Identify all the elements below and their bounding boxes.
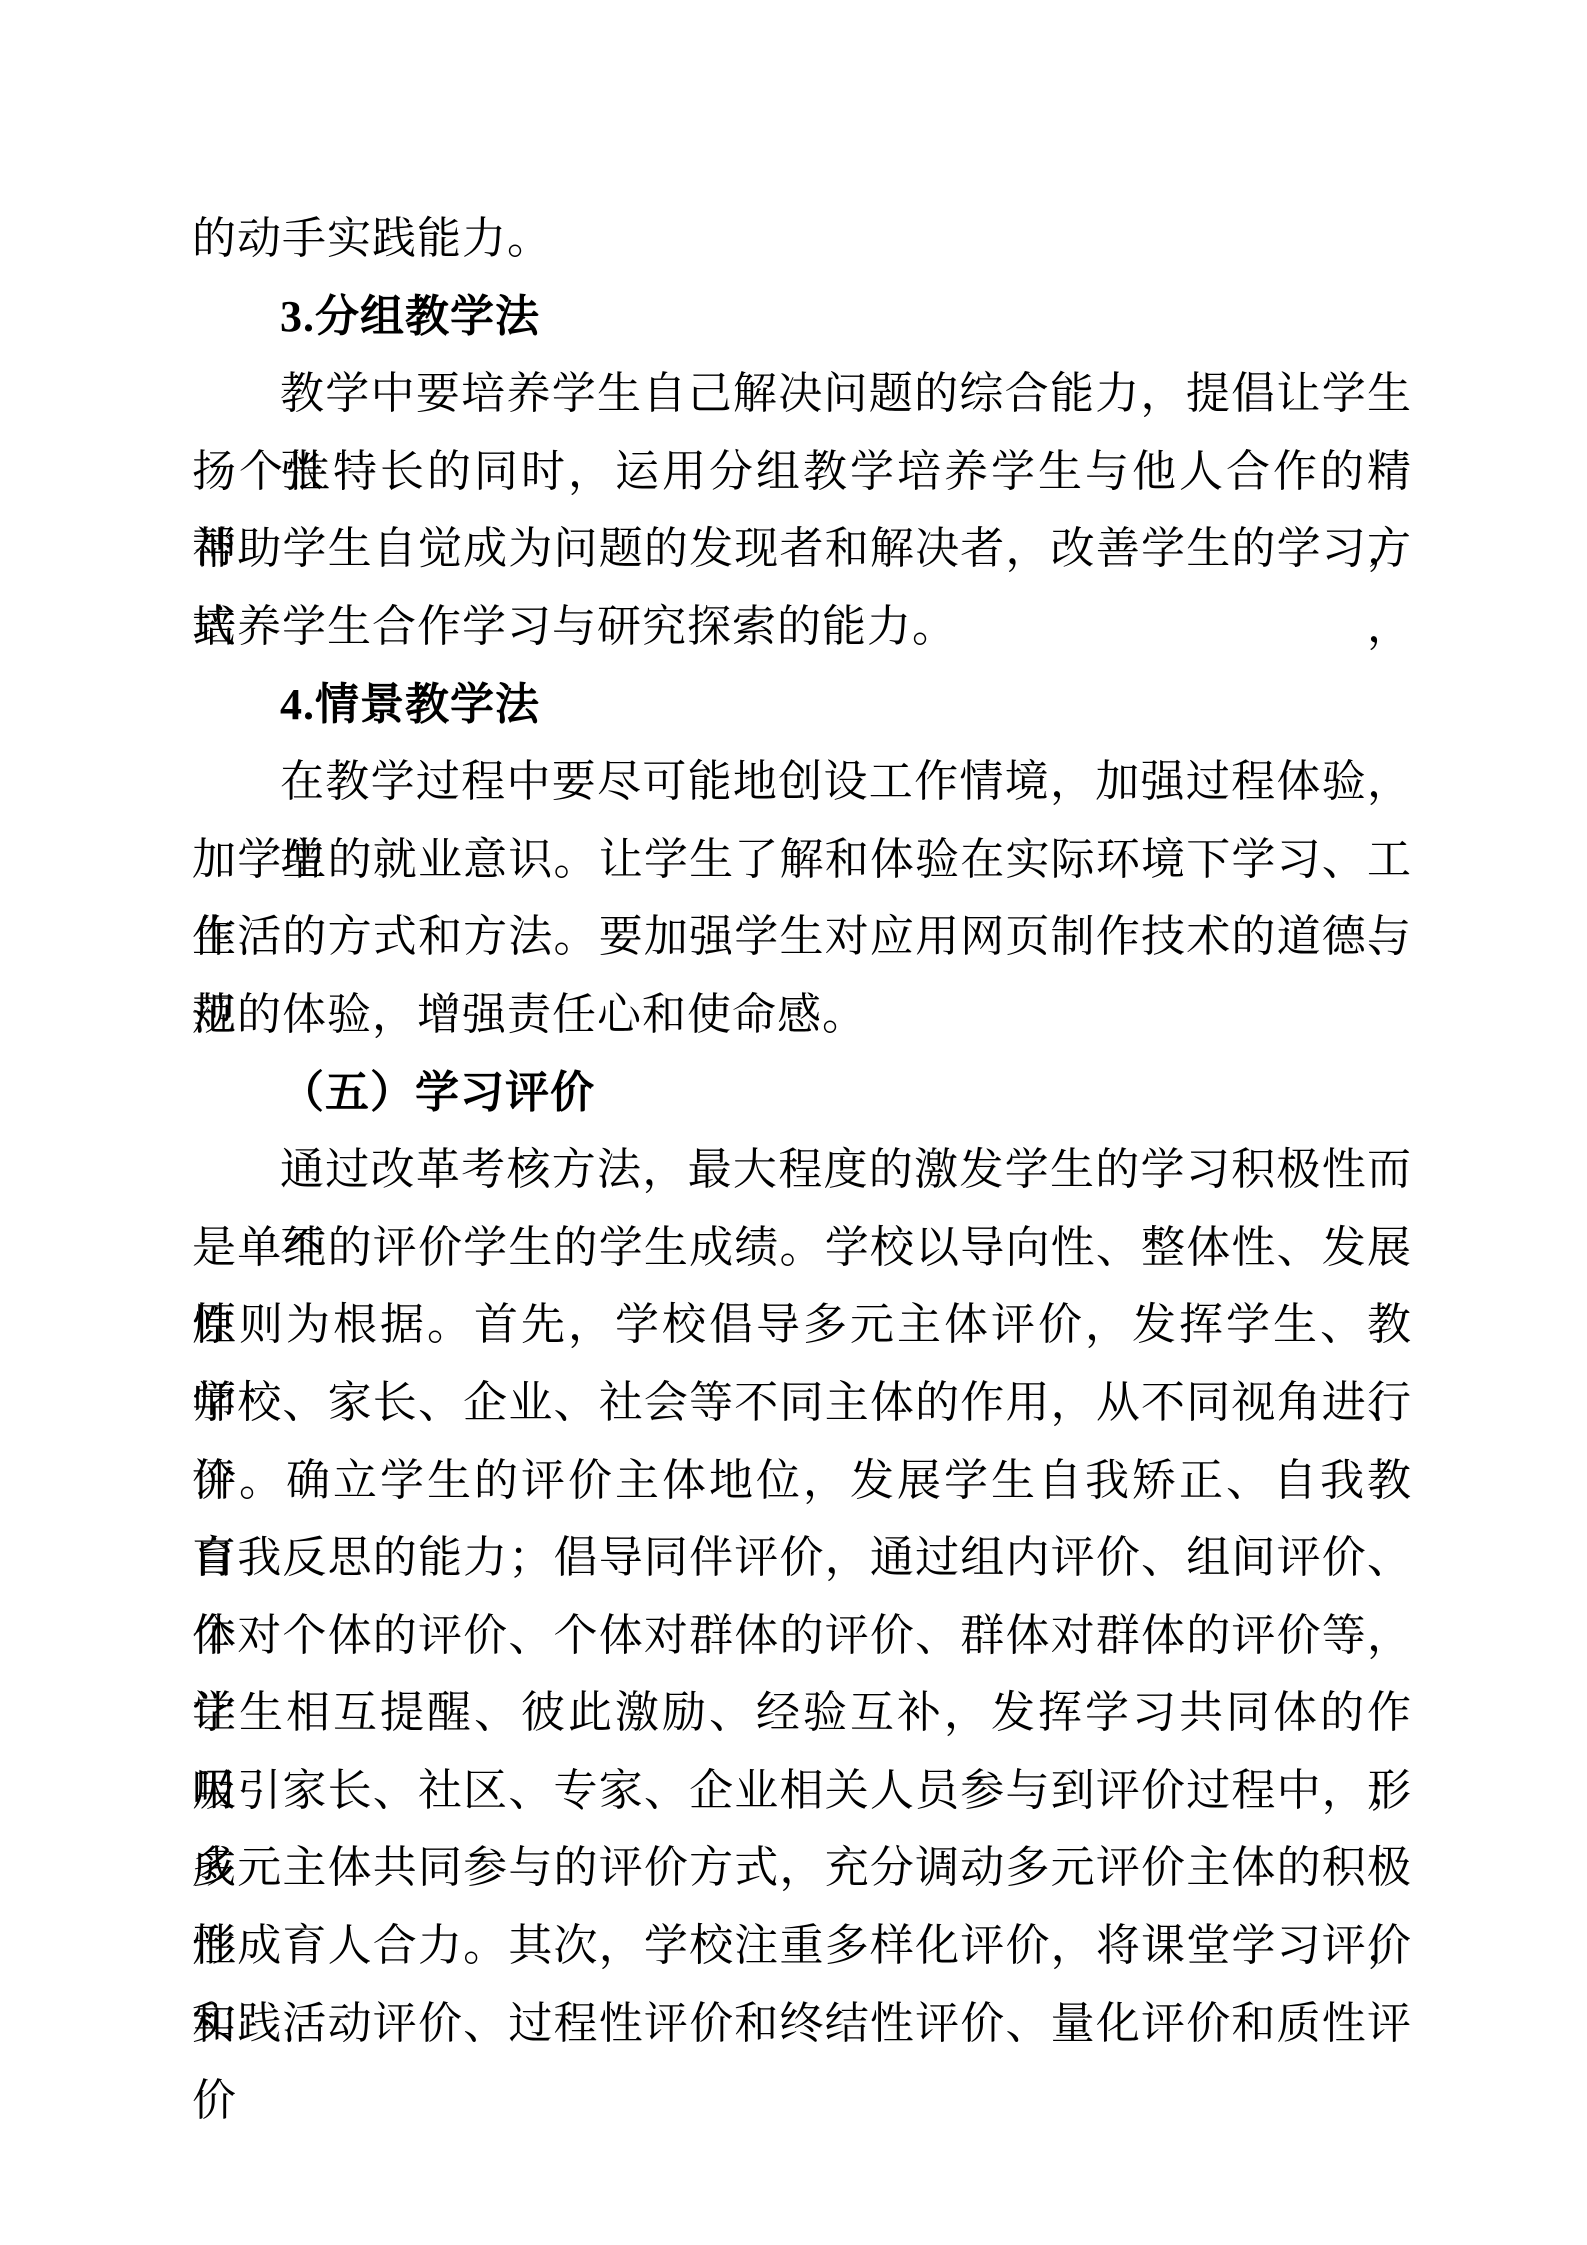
- text-line: 体对个体的评价、个体对群体的评价、群体对群体的评价等，让: [192, 1597, 1412, 1675]
- text-line: 范的体验，增强责任心和使命感。: [192, 976, 1412, 1054]
- text-line: 通过改革考核方法，最大程度的激发学生的学习积极性而不: [192, 1131, 1412, 1209]
- text-line: 实践活动评价、过程性评价和终结性评价、量化评价和质性评价: [192, 1985, 1412, 2063]
- section-heading-grouping: 3.分组教学法: [192, 278, 1412, 356]
- text-line: 原则为根据。首先，学校倡导多元主体评价，发挥学生、教师、: [192, 1286, 1412, 1364]
- text-line: 加学生的就业意识。让学生了解和体验在实际环境下学习、工作、: [192, 821, 1412, 899]
- text-line: 形成育人合力。其次，学校注重多样化评价，将课堂学习评价和: [192, 1907, 1412, 1985]
- text-line: 扬个性特长的同时，运用分组教学培养学生与他人合作的精神，: [192, 433, 1412, 511]
- text-block: 的动手实践能力。 3.分组教学法 教学中要培养学生自己解决问题的综合能力，提倡让…: [192, 200, 1412, 2062]
- text-line: 学生相互提醒、彼此激励、经验互补，发挥学习共同体的作用；: [192, 1674, 1412, 1752]
- section-heading-evaluation: （五）学习评价: [192, 1054, 1412, 1132]
- text-line: 多元主体共同参与的评价方式，充分调动多元评价主体的积极性，: [192, 1829, 1412, 1907]
- text-line: 价。确立学生的评价主体地位，发展学生自我矫正、自我教育、: [192, 1442, 1412, 1520]
- text-line: 的动手实践能力。: [192, 200, 1412, 278]
- text-line: 是单纯的评价学生的学生成绩。学校以导向性、整体性、发展性: [192, 1209, 1412, 1287]
- section-heading-scenario: 4.情景教学法: [192, 666, 1412, 744]
- text-line: 在教学过程中要尽可能地创设工作情境，加强过程体验，增: [192, 743, 1412, 821]
- text-line: 帮助学生自觉成为问题的发现者和解决者，改善学生的学习方式，: [192, 510, 1412, 588]
- text-line: 自我反思的能力；倡导同伴评价，通过组内评价、组间评价、个: [192, 1519, 1412, 1597]
- text-line: 生活的方式和方法。要加强学生对应用网页制作技术的道德与规: [192, 898, 1412, 976]
- text-line: 教学中要培养学生自己解决问题的综合能力，提倡让学生张: [192, 355, 1412, 433]
- text-line: 吸引家长、社区、专家、企业相关人员参与到评价过程中，形成: [192, 1752, 1412, 1830]
- document-page: 的动手实践能力。 3.分组教学法 教学中要培养学生自己解决问题的综合能力，提倡让…: [0, 0, 1587, 2245]
- text-line: 学校、家长、企业、社会等不同主体的作用，从不同视角进行评: [192, 1364, 1412, 1442]
